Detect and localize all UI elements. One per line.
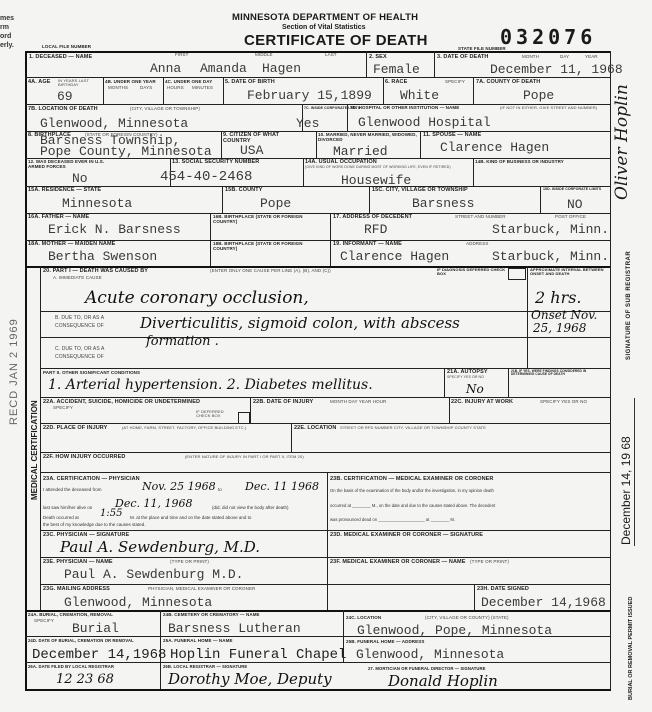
- findings-label: 21b. IF YES, WERE FINDINGS CONSIDERED IN…: [511, 370, 607, 376]
- physician-name-label: 23e. PHYSICIAN — NAME: [43, 560, 113, 566]
- accident-deferred-label: IF DEFERRED CHECK BOX: [196, 410, 236, 418]
- cause-c-value: formation .: [146, 335, 219, 348]
- father-birthplace-label: 16b. BIRTHPLACE (STATE OR FOREIGN COUNTR…: [213, 215, 328, 224]
- attended-from-value: Nov. 25 1968: [142, 481, 216, 492]
- burial-value: Burial: [72, 622, 119, 635]
- address-label: 17. ADDRESS OF DECEDENT: [333, 215, 412, 221]
- race-specify-label: SPECIFY: [445, 80, 465, 85]
- inside-limits-value: Yes: [296, 117, 319, 130]
- injury-date-columns: MONTH DAY YEAR HOUR: [330, 400, 386, 405]
- coroner-cert-line3: was pronounced dead on _________________…: [330, 517, 455, 522]
- spouse-label: 11. SPOUSE — NAME: [423, 133, 481, 139]
- coroner-name-sub-label: (TYPE OR PRINT): [470, 560, 509, 565]
- residence-county-value: Pope: [260, 197, 291, 210]
- cause-c-label: C. DUE TO, OR AS A CONSEQUENCE OF: [55, 346, 135, 361]
- injury-work-sub-label: SPECIFY YES OR NO: [540, 400, 587, 405]
- department-heading: MINNESOTA DEPARTMENT OF HEALTH: [232, 12, 418, 23]
- how-injury-sub-label: (ENTER NATURE OF INJURY IN PART I OR PAR…: [185, 455, 304, 459]
- injury-location-sub-label: STREET OR RFD NUMBER CITY, VILLAGE OR TO…: [340, 426, 486, 430]
- autopsy-value: No: [466, 383, 484, 395]
- date-signed-value: December 14,1968: [481, 596, 606, 609]
- director-signature: Donald Hoplin: [388, 674, 498, 689]
- margin-note-line: rm: [0, 23, 14, 32]
- days-label: DAYS: [140, 86, 152, 91]
- cause-b-label: B. DUE TO, OR AS A CONSEQUENCE OF: [55, 315, 135, 330]
- physician-cert-line3: Death occurred at: [43, 515, 79, 521]
- accident-specify-label: SPECIFY: [53, 406, 73, 411]
- autopsy-sub-label: SPECIFY YES OR NO: [447, 376, 484, 380]
- armed-forces-label: 12. WAS DECEASED EVER IN U.S. ARMED FORC…: [28, 160, 118, 169]
- coroner-cert-line1: On the basis of the examination of the b…: [330, 488, 494, 493]
- physician-cert-line4: the best of my knowledge due to the caus…: [43, 522, 146, 528]
- residence-county-label: 15b. COUNTY: [225, 188, 262, 194]
- middle-name-value: Amanda: [200, 62, 247, 75]
- filed-date-label: 26a. DATE FILED BY LOCAL REGISTRAR: [28, 665, 114, 669]
- residence-township-value: Barsness: [412, 197, 474, 210]
- informant-address-label: ADDRESS: [466, 242, 488, 247]
- section-heading: Section of Vital Statistics: [282, 24, 366, 31]
- occupation-value: Housewife: [341, 174, 411, 187]
- state-file-number: 032076: [500, 25, 596, 49]
- physician-cert-line3b: M. at the place and time and on the date…: [130, 515, 251, 521]
- director-signature-label: 27. MORTICIAN OR FUNERAL DIRECTOR — SIGN…: [368, 667, 486, 671]
- part2-value: 1. Arterial hypertension. 2. Diabetes me…: [48, 378, 373, 392]
- location-of-death-value: Glenwood, Minnesota: [40, 117, 188, 130]
- part1-label: 20. PART I — DEATH WAS CAUSED BY: [43, 269, 148, 275]
- residence-limits-value: NO: [567, 198, 583, 211]
- funeral-home-label: 25a. FUNERAL HOME — NAME: [163, 639, 233, 644]
- informant-value: Clarence Hagen: [340, 250, 449, 263]
- cemetery-label: 24b. CEMETERY OR CREMATORY — NAME: [163, 613, 260, 618]
- marital-label: 10. MARRIED, NEVER MARRIED, WIDOWED, DIV…: [318, 133, 418, 142]
- dod-month-label: MONTH: [522, 55, 539, 60]
- middle-label: MIDDLE: [255, 53, 273, 58]
- deferred-label: IF DIAGNOSIS DEFERRED CHECK BOX: [437, 268, 509, 276]
- ssn-label: 13. SOCIAL SECURITY NUMBER: [172, 160, 259, 166]
- spouse-value: Clarence Hagen: [440, 141, 549, 154]
- location-sub-label: (CITY, VILLAGE OR TOWNSHIP): [130, 107, 200, 112]
- race-label: 6. RACE: [385, 80, 407, 86]
- first-label: FIRST: [175, 53, 189, 58]
- injury-work-label: 22c. INJURY AT WORK: [451, 400, 513, 406]
- burial-date-value: December 14,1968: [32, 648, 166, 662]
- sub-registrar-signature: Oliver Hoplin: [612, 84, 632, 200]
- birthplace-line2: Pope County, Minnesota: [40, 145, 212, 158]
- physician-name-sub-label: (TYPE OR PRINT): [170, 560, 209, 565]
- physician-cert-line2: last saw him/her alive on: [43, 505, 92, 511]
- mailing-address-sub-label: PHYSICIAN, MEDICAL EXAMINER OR CORONER: [148, 587, 255, 592]
- physician-cert-label: 23a. CERTIFICATION — PHYSICIAN: [43, 477, 140, 483]
- local-file-number-label: LOCAL FILE NUMBER: [42, 45, 91, 50]
- medical-certification-label: MEDICAL CERTIFICATION: [30, 400, 39, 500]
- mother-value: Bertha Swenson: [48, 250, 157, 263]
- date-signed-label: 23h. DATE SIGNED: [477, 587, 529, 593]
- address-post-office-value: Starbuck, Minn.: [492, 223, 609, 236]
- part1-instruction: (ENTER ONLY ONE CAUSE PER LINE (A), (B),…: [210, 269, 331, 274]
- last-seen-value: Dec. 11, 1968: [115, 498, 192, 509]
- under-one-day-label: 4c. UNDER ONE DAY: [165, 80, 212, 85]
- deceased-name-label: 1. DECEASED — NAME: [29, 55, 92, 61]
- cemetery-value: Barsness Lutheran: [168, 622, 301, 635]
- dod-year-label: YEAR: [585, 55, 598, 60]
- first-name-value: Anna: [150, 62, 181, 75]
- burial-date-label: 24d. DATE OF BURIAL, CREMATION OR REMOVA…: [28, 639, 158, 643]
- location-of-death-label: 7b. LOCATION OF DEATH: [28, 107, 98, 113]
- age-value: 69: [57, 90, 73, 103]
- sub-registrar-label: SIGNATURE OF SUB REGISTRAR: [626, 251, 632, 360]
- injury-place-label: 22d. PLACE OF INJURY: [43, 426, 107, 432]
- residence-limits-label: 15d. INSIDE CORPORATE LIMITS: [543, 188, 601, 192]
- margin-note-line: erly.: [0, 41, 14, 50]
- father-label: 16a. FATHER — NAME: [28, 215, 89, 221]
- coroner-signature-label: 23d. MEDICAL EXAMINER OR CORONER — SIGNA…: [330, 533, 483, 539]
- injury-location-label: 22e. LOCATION: [294, 426, 336, 432]
- interval-a-value: 2 hrs.: [535, 290, 582, 306]
- county-of-death-label: 7a. COUNTY OF DEATH: [476, 80, 540, 86]
- physician-cert-line2b: (did, did not view the body after death): [212, 505, 289, 511]
- hospital-value: Glenwood Hospital: [358, 116, 491, 129]
- date-of-death-value: December 11, 1968: [490, 63, 623, 76]
- injury-date-label: 22b. DATE OF INJURY: [253, 400, 313, 406]
- mother-label: 18a. MOTHER — MAIDEN NAME: [28, 242, 115, 248]
- burial-label: 24a. BURIAL, CREMATION, REMOVAL: [28, 613, 113, 618]
- interval-label: APPROXIMATE INTERVAL BETWEEN ONSET AND D…: [530, 268, 608, 276]
- funeral-address-label: 25b. FUNERAL HOME — ADDRESS: [346, 640, 424, 645]
- accident-deferred-checkbox[interactable]: [238, 412, 250, 424]
- cause-b-value: Diverticulitis, sigmoid colon, with absc…: [140, 316, 460, 331]
- margin-note-line: ord: [0, 32, 14, 41]
- last-label: LAST: [325, 53, 337, 58]
- registrar-signature: Dorothy Moe, Deputy: [168, 672, 332, 687]
- citizen-value: USA: [240, 144, 263, 157]
- attended-to-value: Dec. 11 1968: [245, 481, 319, 492]
- disposition-location-value: Glenwood, Pope, Minnesota: [357, 624, 552, 637]
- mother-birthplace-label: 18b. BIRTHPLACE (STATE OR FOREIGN COUNTR…: [213, 242, 328, 251]
- burial-specify-label: SPECIFY: [34, 619, 54, 624]
- funeral-address-value: Glenwood, Minnesota: [356, 648, 504, 661]
- mailing-address-value: Glenwood, Minnesota: [64, 596, 212, 609]
- received-stamp: RECD JAN 2 1969: [8, 318, 20, 425]
- months-label: MONTHS: [108, 86, 128, 91]
- deferred-checkbox[interactable]: [508, 268, 526, 280]
- interval-b-line1: Onset Nov.: [531, 309, 597, 321]
- armed-forces-value: No: [72, 172, 88, 185]
- age-label: 4a. AGE: [28, 80, 51, 86]
- residence-state-value: Minnesota: [62, 197, 132, 210]
- street-label: STREET AND NUMBER: [455, 215, 506, 220]
- how-injury-label: 22f. HOW INJURY OCCURRED: [43, 455, 125, 461]
- age-sub-label: IN YEARS LAST BIRTHDAY: [58, 79, 102, 87]
- part2-label: PART II. OTHER SIGNIFICANT CONDITIONS: [43, 371, 140, 376]
- coroner-cert-label: 23b. CERTIFICATION — MEDICAL EXAMINER OR…: [330, 477, 494, 483]
- injury-place-sub-label: (AT HOME, FARM, STREET, FACTORY, OFFICE …: [122, 426, 262, 430]
- minutes-label: MINUTES: [192, 86, 213, 91]
- hours-label: HOURS: [167, 86, 184, 91]
- coroner-cert-line2: occurred at ________ M., on the date and…: [330, 503, 495, 508]
- interval-b-line2: 25, 1968: [533, 322, 586, 334]
- residence-township-label: 15c. CITY, VILLAGE OR TOWNSHIP: [372, 188, 468, 194]
- page-title: CERTIFICATE OF DEATH: [244, 32, 428, 49]
- cause-a-value: Acute coronary occlusion,: [85, 290, 309, 307]
- physician-cert-line1: I attended the deceased from: [43, 487, 102, 493]
- permit-issued-label: BURIAL OR REMOVAL PERMIT ISSUED: [628, 597, 634, 700]
- funeral-home-value: Hoplin Funeral Chapel: [170, 648, 346, 662]
- marital-value: Married: [333, 145, 388, 158]
- sex-value: Female: [373, 63, 420, 76]
- margin-note: mes rm ord erly.: [0, 14, 14, 50]
- cause-a-label: A. IMMEDIATE CAUSE: [53, 276, 102, 281]
- filed-date-value: 12 23 68: [56, 673, 114, 686]
- address-street-value: RFD: [364, 223, 387, 236]
- permit-issued-date: December 14, 19 68: [619, 436, 633, 545]
- county-of-death-value: Pope: [523, 89, 554, 102]
- margin-note-line: mes: [0, 14, 14, 23]
- permit-date-underline: [634, 398, 635, 546]
- physician-signature: Paul A. Sewdenburg, M.D.: [60, 540, 260, 555]
- residence-state-label: 15a. RESIDENCE — STATE: [28, 188, 101, 194]
- hospital-label: 7d. HOSPITAL OR OTHER INSTITUTION — NAME: [350, 106, 459, 111]
- post-office-label: POST OFFICE: [555, 215, 586, 220]
- cert-text: I attended the deceased from: [43, 487, 102, 492]
- informant-label: 19. INFORMANT — NAME: [333, 242, 402, 248]
- business-label: 14b. KIND OF BUSINESS OR INDUSTRY: [475, 160, 564, 165]
- ssn-value: 454-40-2468: [160, 170, 252, 184]
- coroner-name-label: 23f. MEDICAL EXAMINER OR CORONER — NAME: [330, 560, 466, 566]
- under-one-year-label: 4b. UNDER ONE YEAR: [105, 80, 156, 85]
- disposition-location-label: 24c. LOCATION: [346, 616, 381, 621]
- sex-label: 2. SEX: [369, 55, 387, 61]
- dob-label: 5. DATE OF BIRTH: [225, 80, 275, 86]
- date-of-death-label: 3. DATE OF DEATH: [437, 55, 489, 61]
- occupation-sub-label: (GIVE KIND OF WORK DONE DURING MOST OF W…: [305, 166, 465, 170]
- race-value: White: [400, 89, 439, 102]
- physician-name-value: Paul A. Sewdenburg M.D.: [64, 568, 243, 581]
- to-word: to: [218, 487, 222, 493]
- hospital-sub-label: (IF NOT IN EITHER, GIVE STREET AND NUMBE…: [500, 106, 600, 110]
- registrar-signature-label: 26b. LOCAL REGISTRAR — SIGNATURE: [163, 665, 247, 669]
- last-name-value: Hagen: [262, 62, 301, 75]
- dod-day-label: DAY: [560, 55, 569, 60]
- dob-value: February 15,1899: [247, 89, 372, 102]
- death-time-value: 1:55: [100, 509, 122, 519]
- father-value: Erick N. Barsness: [48, 223, 181, 236]
- informant-address-value: Starbuck, Minn.: [492, 250, 609, 263]
- disposition-location-sub-label: (CITY, VILLAGE OR COUNTY) (STATE): [425, 616, 509, 621]
- mailing-address-label: 23g. MAILING ADDRESS: [43, 587, 110, 593]
